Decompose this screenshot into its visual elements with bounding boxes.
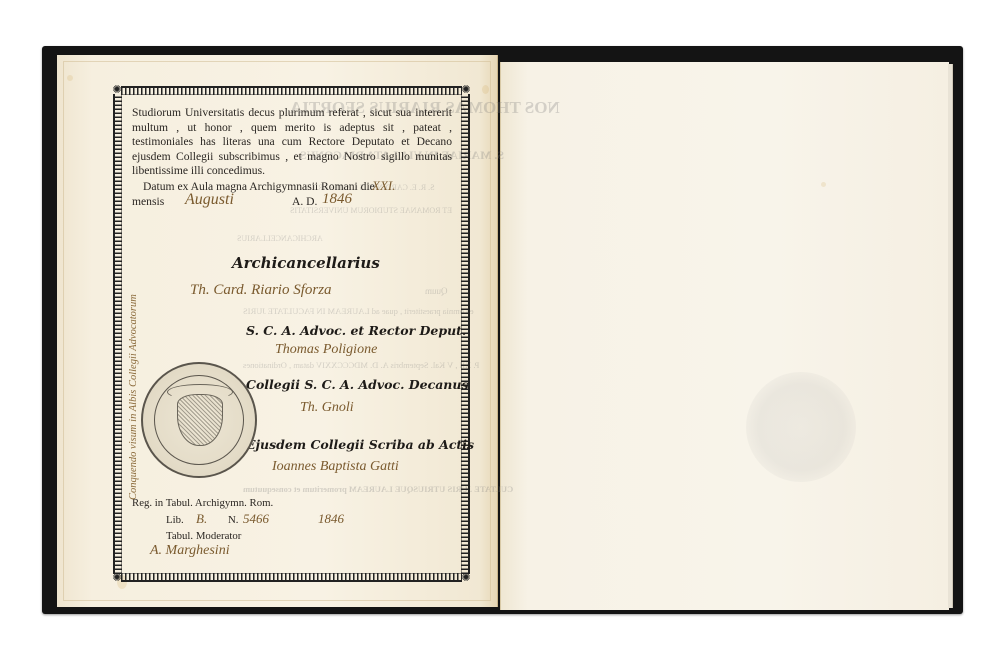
handwritten-day: XXI.	[372, 178, 395, 194]
corner-rosette-icon: ✺	[461, 573, 471, 583]
handwritten-year: 1846	[322, 191, 352, 208]
archicancellarius-signature: Th. Card. Riario Sforza	[190, 282, 332, 299]
n-value: 5466	[243, 511, 269, 527]
decanus-signature: Th. Gnoli	[300, 400, 354, 416]
right-page	[500, 62, 949, 610]
border-bottom	[121, 573, 462, 582]
corner-rosette-icon: ✺	[461, 85, 471, 95]
rector-signature: Thomas Poligione	[275, 342, 377, 358]
moderator-signature: A. Marghesini	[150, 543, 230, 559]
n-label: N.	[228, 514, 239, 526]
scriba-title: Ejusdem Collegii Scriba ab Actis	[246, 437, 474, 452]
scriba-signature: Ioannes Baptista Gatti	[272, 459, 399, 475]
lib-label: Lib.	[166, 514, 184, 526]
stain	[67, 75, 73, 81]
register-line: Reg. in Tabul. Archigymn. Rom.	[132, 497, 273, 509]
corner-rosette-icon: ✺	[112, 85, 122, 95]
mensis-label: mensis	[132, 195, 164, 208]
vertical-handwritten-note: Conquendo visum in Albis Collegii Advoca…	[128, 294, 139, 500]
moderator-label: Tabul. Moderator	[166, 530, 241, 542]
archicancellarius-title: Archicancellarius	[232, 254, 380, 272]
university-seal	[141, 362, 257, 478]
rector-title: S. C. A. Advoc. et Rector Deput.	[246, 323, 466, 338]
lib-value: B.	[196, 511, 207, 527]
stain	[482, 85, 489, 94]
decanus-title: Collegii S. C. A. Advoc. Decanus	[246, 377, 469, 392]
body-paragraph: Studiorum Universitatis decus plurimum r…	[132, 106, 452, 179]
border-left	[113, 94, 122, 574]
border-top	[121, 86, 462, 95]
faint-stamp-bleed	[746, 372, 856, 482]
stain	[821, 182, 826, 187]
register-extra: 1846	[318, 511, 344, 527]
corner-rosette-icon: ✺	[112, 573, 122, 583]
handwritten-month: Augusti	[185, 191, 234, 209]
ad-label: A. D.	[292, 195, 317, 208]
page-edge	[948, 64, 953, 608]
